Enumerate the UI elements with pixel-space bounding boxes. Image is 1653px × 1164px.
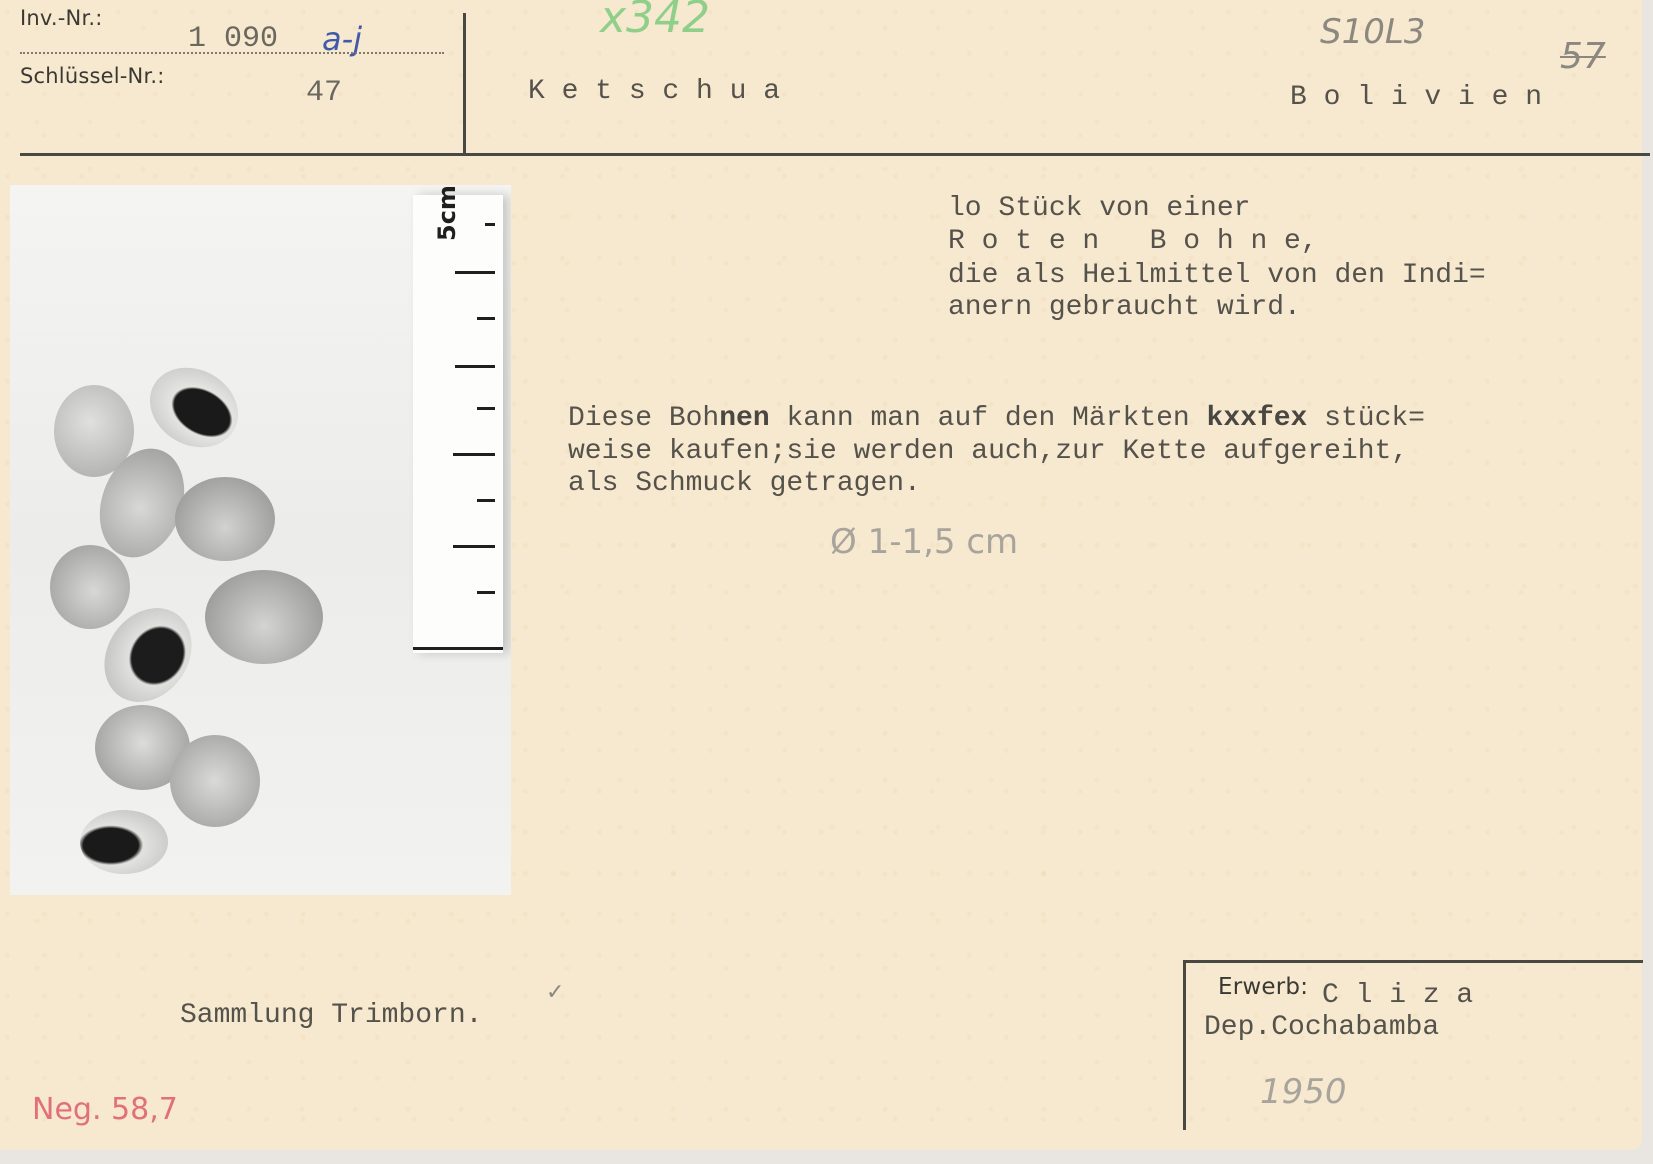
inv-number-label: Inv.-Nr.: [20,6,103,30]
size-annotation: Ø 1-1,5 cm [830,522,1018,562]
description-line: lo Stück von einer [948,193,1250,224]
catalog-card: Inv.-Nr.: 1 090 a-j Schlüssel-Nr.: 47 x3… [0,0,1642,1150]
key-number-value: 47 [306,76,342,110]
scale-ruler: 5cm [413,195,503,653]
scale-label: 5cm [433,185,461,241]
negative-number: Neg. 58,7 [32,1092,178,1127]
check-mark: ✓ [546,980,564,1005]
notes-line: als Schmuck getragen. [568,468,921,499]
bean [170,735,260,827]
bean-black-eye [135,352,252,463]
inv-dotted-line [20,52,444,54]
acquisition-place: C l i z a [1322,980,1473,1011]
bean [205,570,323,664]
struck-annotation: 57 [1560,36,1606,77]
acquisition-box-left [1183,960,1186,1130]
struck-out-word: kxxfex [1207,403,1308,434]
inv-number-value: 1 090 [188,22,278,56]
bean [175,477,275,561]
overstruck-text: nen [719,403,769,434]
country-name: B o l i v i e n [1290,82,1542,113]
notes-line: Diese Bohnen kann man auf den Märkten kx… [568,403,1425,434]
collection-name: Sammlung Trimborn. [180,1000,482,1031]
notes-text: kann man auf den Märkten [770,403,1207,434]
pencil-annotation: S10L3 [1320,12,1425,52]
acquisition-region: Dep.Cochabamba [1204,1012,1439,1043]
description-line: die als Heilmittel von den Indi= [948,260,1486,291]
header-vertical-divider [463,13,466,153]
specimen-photo: 5cm [10,185,511,895]
notes-text: stück= [1307,403,1425,434]
acquisition-label: Erwerb: [1218,974,1308,1000]
acquisition-year: 1950 [1260,1072,1347,1112]
key-number-label: Schlüssel-Nr.: [20,64,165,88]
notes-line: weise kaufen;sie werden auch,zur Kette a… [568,436,1408,467]
bean-black-eye [80,810,168,874]
acquisition-box-top [1183,960,1643,963]
green-crayon-annotation: x342 [600,0,710,43]
bean [50,545,130,629]
description-line: R o t e n B o h n e, [948,226,1318,257]
people-name: K e t s c h u a [528,76,780,107]
notes-text: Diese Boh [568,403,719,434]
description-line: anern gebraucht wird. [948,292,1301,323]
header-horizontal-divider [20,153,1650,156]
